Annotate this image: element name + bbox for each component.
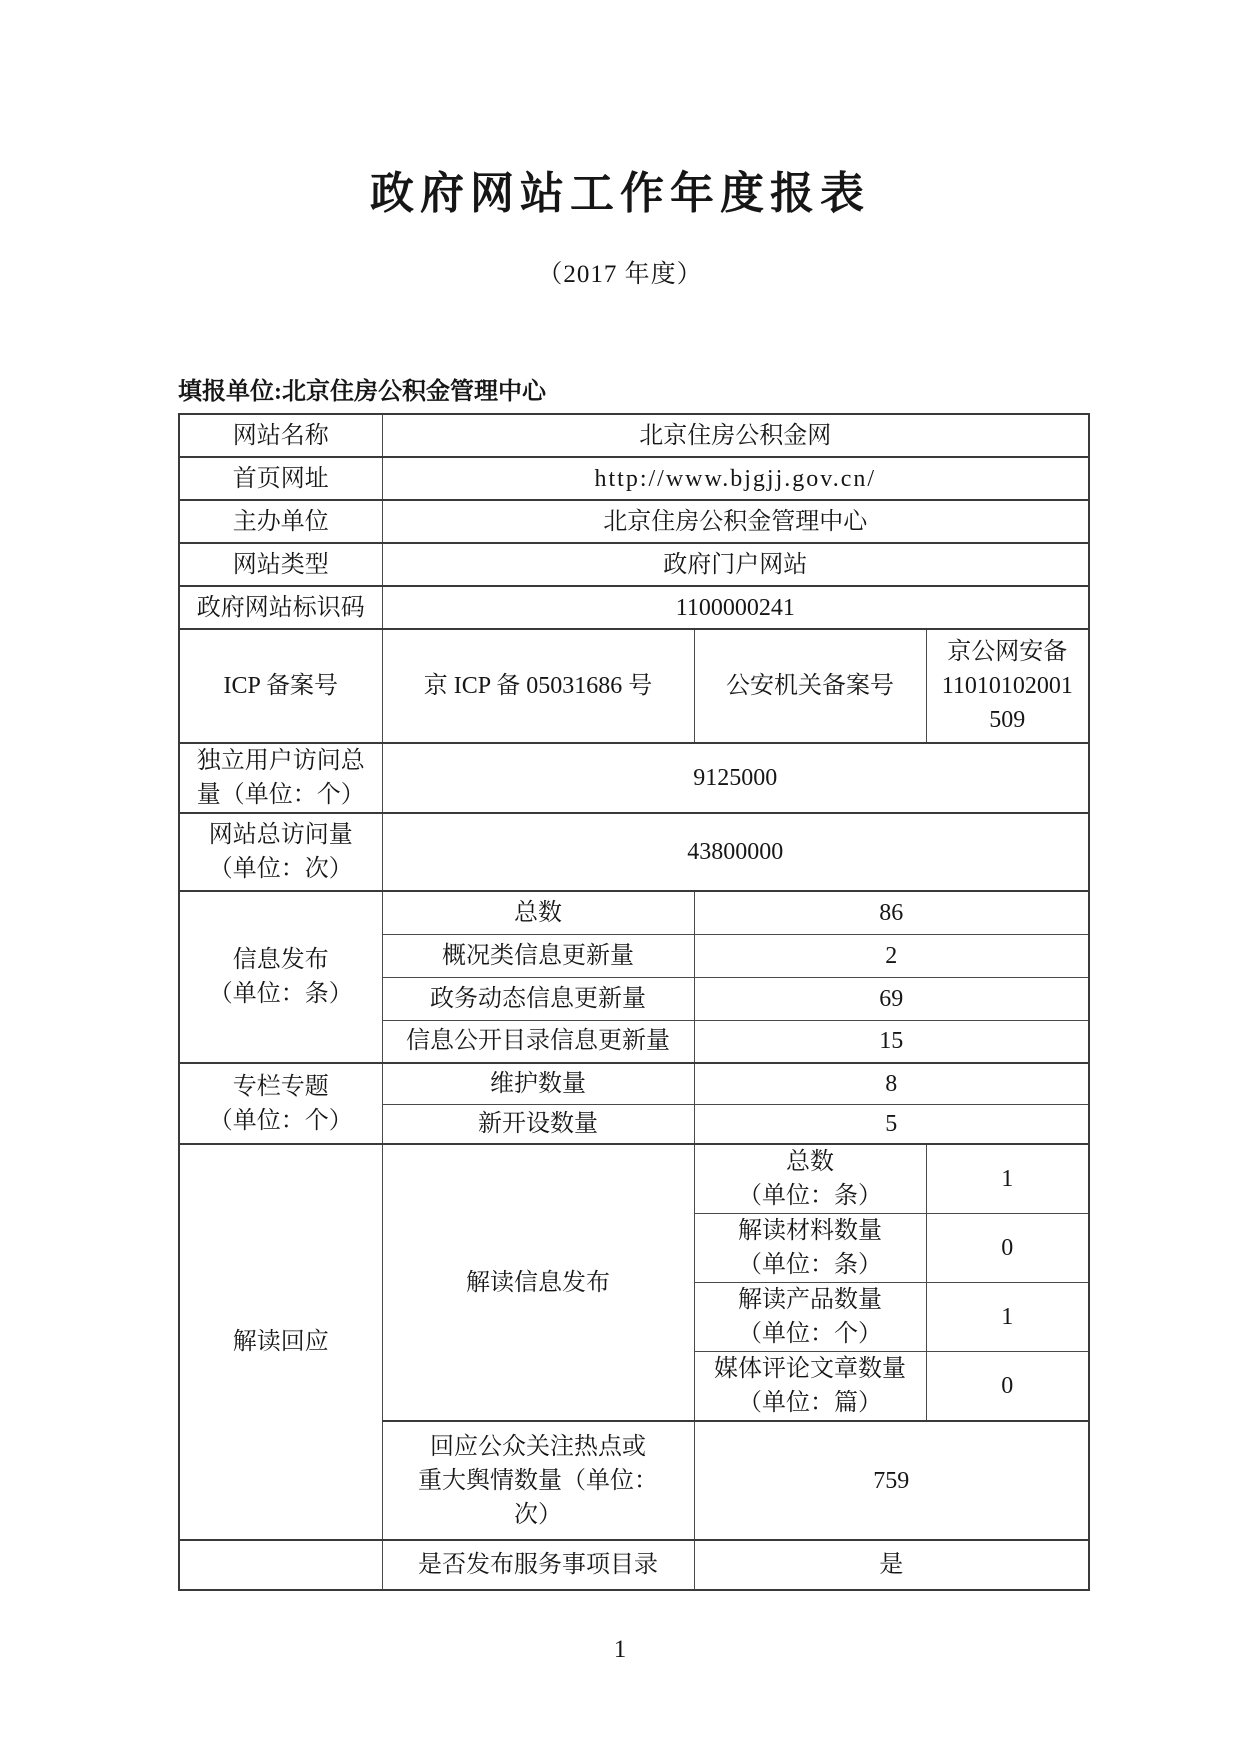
annual-report-table: 网站名称 北京住房公积金网 首页网址 http://www.bjgjj.gov.…	[178, 413, 1090, 1591]
special-topics-new-value: 5	[694, 1104, 1089, 1144]
police-record-label: 公安机关备案号	[694, 629, 926, 743]
table-row: 网站总访问量 （单位：次） 43800000	[179, 813, 1089, 891]
interpretation-media-value: 0	[926, 1352, 1089, 1422]
public-response-value: 759	[694, 1421, 1089, 1540]
info-release-overview-value: 2	[694, 934, 1089, 977]
site-name-label: 网站名称	[179, 414, 382, 457]
special-topics-section-label: 专栏专题 （单位：个）	[179, 1063, 382, 1144]
info-release-gov-news-value: 69	[694, 977, 1089, 1020]
special-topics-maintained-label: 维护数量	[382, 1063, 694, 1104]
site-type-value: 政府门户网站	[382, 543, 1089, 586]
site-name-value: 北京住房公积金网	[382, 414, 1089, 457]
organizer-label: 主办单位	[179, 500, 382, 543]
public-response-label: 回应公众关注热点或 重大舆情数量（单位： 次）	[382, 1421, 694, 1540]
site-code-label: 政府网站标识码	[179, 586, 382, 629]
info-release-gov-news-label: 政务动态信息更新量	[382, 977, 694, 1020]
table-row: 专栏专题 （单位：个） 维护数量 8	[179, 1063, 1089, 1104]
unique-visitors-value: 9125000	[382, 743, 1089, 813]
site-code-value: 1100000241	[382, 586, 1089, 629]
table-row: 是否发布服务事项目录 是	[179, 1540, 1089, 1590]
info-release-directory-label: 信息公开目录信息更新量	[382, 1020, 694, 1063]
organizer-value: 北京住房公积金管理中心	[382, 500, 1089, 543]
table-row: 政府网站标识码 1100000241	[179, 586, 1089, 629]
interpretation-media-label: 媒体评论文章数量 （单位：篇）	[694, 1352, 926, 1422]
reporting-unit-line: 填报单位:北京住房公积金管理中心	[178, 380, 1240, 404]
page-title: 政府网站工作年度报表	[0, 0, 1240, 216]
interpretation-release-label: 解读信息发布	[382, 1144, 694, 1421]
interpretation-material-value: 0	[926, 1214, 1089, 1283]
police-record-value: 京公网安备 11010102001 509	[926, 629, 1089, 743]
service-catalog-label: 是否发布服务事项目录	[382, 1540, 694, 1590]
total-visits-label: 网站总访问量 （单位：次）	[179, 813, 382, 891]
info-release-total-value: 86	[694, 891, 1089, 934]
empty-cell	[179, 1540, 382, 1590]
info-release-directory-value: 15	[694, 1020, 1089, 1063]
special-topics-maintained-value: 8	[694, 1063, 1089, 1104]
interpretation-product-value: 1	[926, 1283, 1089, 1352]
interpretation-product-label: 解读产品数量 （单位：个）	[694, 1283, 926, 1352]
table-row: 网站类型 政府门户网站	[179, 543, 1089, 586]
table-row: 主办单位 北京住房公积金管理中心	[179, 500, 1089, 543]
page-number: 1	[0, 1637, 1240, 1662]
page-subtitle: （2017 年度）	[0, 262, 1240, 287]
icp-label: ICP 备案号	[179, 629, 382, 743]
service-catalog-value: 是	[694, 1540, 1089, 1590]
home-url-label: 首页网址	[179, 457, 382, 500]
interpretation-material-label: 解读材料数量 （单位：条）	[694, 1214, 926, 1283]
icp-value: 京 ICP 备 05031686 号	[382, 629, 694, 743]
unique-visitors-label: 独立用户访问总 量（单位：个）	[179, 743, 382, 813]
document-page: 政府网站工作年度报表 （2017 年度） 填报单位:北京住房公积金管理中心 网站…	[0, 0, 1240, 1753]
table-row: 网站名称 北京住房公积金网	[179, 414, 1089, 457]
interpretation-section-label: 解读回应	[179, 1144, 382, 1540]
special-topics-new-label: 新开设数量	[382, 1104, 694, 1144]
total-visits-value: 43800000	[382, 813, 1089, 891]
home-url-value: http://www.bjgjj.gov.cn/	[382, 457, 1089, 500]
table-row: 独立用户访问总 量（单位：个） 9125000	[179, 743, 1089, 813]
table-row: ICP 备案号 京 ICP 备 05031686 号 公安机关备案号 京公网安备…	[179, 629, 1089, 743]
interpretation-total-label: 总数 （单位：条）	[694, 1144, 926, 1214]
info-release-section-label: 信息发布 （单位：条）	[179, 891, 382, 1063]
table-row: 首页网址 http://www.bjgjj.gov.cn/	[179, 457, 1089, 500]
site-type-label: 网站类型	[179, 543, 382, 586]
table-row: 信息发布 （单位：条） 总数 86	[179, 891, 1089, 934]
interpretation-total-value: 1	[926, 1144, 1089, 1214]
info-release-overview-label: 概况类信息更新量	[382, 934, 694, 977]
info-release-total-label: 总数	[382, 891, 694, 934]
table-row: 解读回应 解读信息发布 总数 （单位：条） 1	[179, 1144, 1089, 1214]
